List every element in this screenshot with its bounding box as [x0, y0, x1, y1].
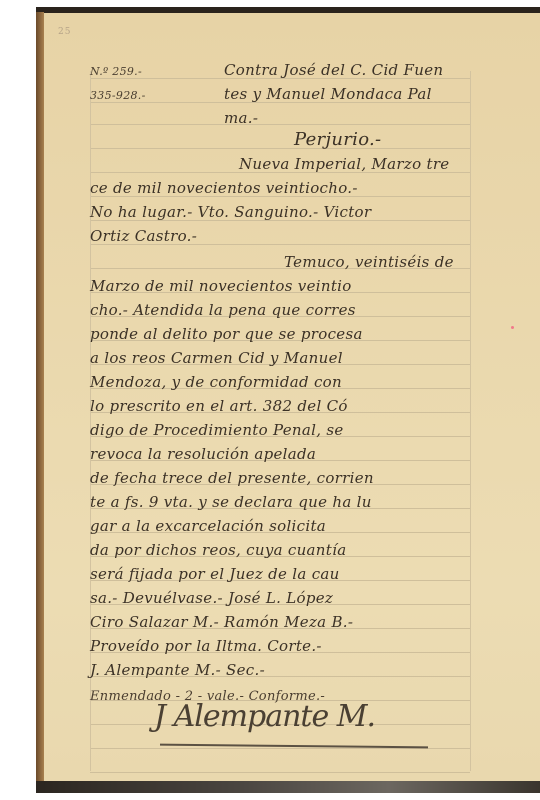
resolution-line: J. Alempante M.- Sec.- — [90, 661, 265, 679]
ruled-line — [90, 772, 470, 773]
entry-line-4: Ortiz Castro.- — [90, 227, 197, 245]
right-margin-rule — [470, 71, 471, 771]
heading-line-3: ma.- — [224, 109, 258, 127]
ruled-line — [90, 124, 470, 125]
book-bottom-edge — [36, 781, 540, 793]
resolution-line: digo de Procedimiento Penal, se — [90, 421, 344, 439]
entry-line-1: Nueva Imperial, Marzo tre — [239, 155, 449, 173]
resolution-line: cho.- Atendida la pena que corres — [90, 301, 356, 319]
case-number: N.º 259.- — [90, 65, 142, 78]
entry-line-3: No ha lugar.- Vto. Sanguino.- Victor — [90, 203, 371, 221]
resolution-line: de fecha trece del presente, corrien — [90, 469, 374, 487]
crime-title: Perjurio.- — [294, 129, 381, 150]
heading-line-1: Contra José del C. Cid Fuen — [224, 61, 443, 79]
book-spine — [36, 12, 44, 782]
entry-line-2: ce de mil novecientos veintiocho.- — [90, 179, 358, 197]
resolution-line: Proveído por la Iltma. Corte.- — [90, 637, 322, 655]
resolution-line: te a fs. 9 vta. y se declara que ha lu — [90, 493, 372, 511]
heading-line-2: tes y Manuel Mondaca Pal — [224, 85, 432, 103]
signature: J Alempante M. — [154, 699, 375, 734]
resolution-line: Temuco, veintiséis de — [284, 253, 454, 271]
faint-page-number: 25 — [58, 27, 71, 37]
resolution-line: Ciro Salazar M.- Ramón Meza B.- — [90, 613, 353, 631]
ruled-line — [90, 148, 470, 149]
resolution-line: a los reos Carmen Cid y Manuel — [90, 349, 343, 367]
resolution-line: da por dichos reos, cuya cuantía — [90, 541, 346, 559]
resolution-line: Mendoza, y de conformidad con — [90, 373, 342, 391]
resolution-line: lo prescrito en el art. 382 del Có — [90, 397, 348, 415]
resolution-line: sa.- Devuélvase.- José L. López — [90, 589, 333, 607]
resolution-line: ponde al delito por que se procesa — [90, 325, 363, 343]
resolution-line: gar a la excarcelación solicita — [90, 517, 326, 535]
stray-mark — [511, 326, 514, 329]
document-page: 25 N.º 259.- 335-928.- Contra José del C… — [44, 13, 540, 781]
resolution-line: será fijada por el Juez de la cau — [90, 565, 340, 583]
resolution-line: revoca la resolución apelada — [90, 445, 316, 463]
resolution-line: Marzo de mil novecientos veintio — [90, 277, 352, 295]
file-number: 335-928.- — [90, 89, 146, 102]
